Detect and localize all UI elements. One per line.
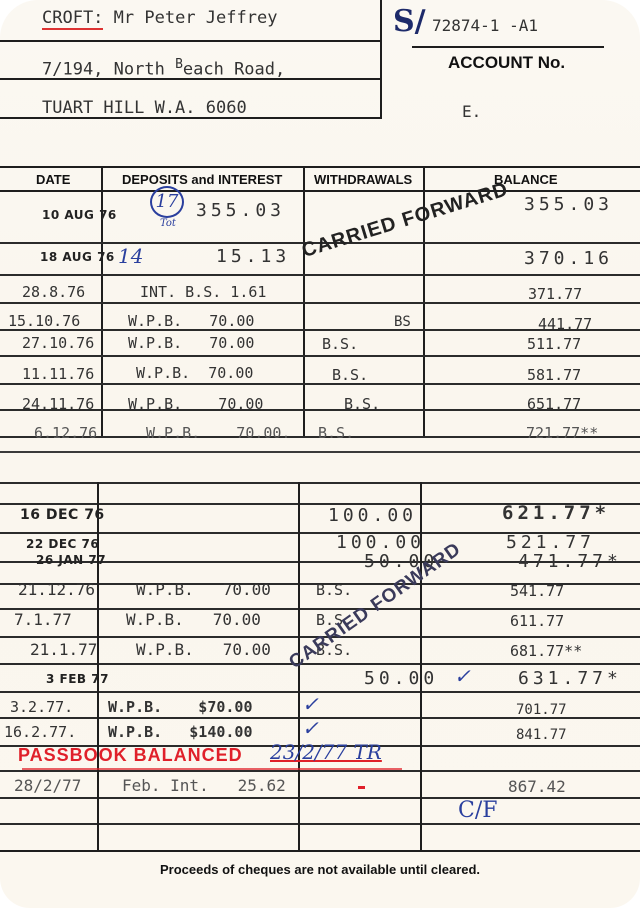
row-rule xyxy=(0,823,640,825)
row-date: 6.12.76 xyxy=(34,424,97,442)
row-deposit: 15.13 xyxy=(216,246,290,267)
check-mark-icon: ✓ xyxy=(302,716,319,740)
row-balance: 581.77 xyxy=(527,366,581,384)
row-date: 26 JAN 77 xyxy=(36,553,106,567)
column-rule xyxy=(101,166,103,436)
row-date: 18 AUG 76 xyxy=(40,250,115,264)
header-divider xyxy=(380,0,382,118)
row-balance: 441.77 xyxy=(538,315,592,333)
row-balance: 631.77* xyxy=(518,668,622,689)
handwritten-note: 17 xyxy=(150,186,184,218)
customer-name: CROFT: Mr Peter Jeffrey xyxy=(42,8,277,28)
row-date: 24.11.76 xyxy=(22,395,94,413)
row-balance: 651.77 xyxy=(527,395,581,413)
row-balance: 371.77 xyxy=(528,285,582,303)
account-label: ACCOUNT No. xyxy=(448,53,565,73)
carried-forward-note: C/F xyxy=(458,798,498,823)
column-header-withdrawals: WITHDRAWALS xyxy=(314,172,412,187)
row-date: 28/2/77 xyxy=(14,776,81,795)
column-header-date: DATE xyxy=(36,172,70,187)
row-deposit: W.P.B. 70.00 xyxy=(128,395,263,413)
address-street: 7/194, North xyxy=(42,60,175,80)
red-mark xyxy=(358,786,365,789)
row-date: 21.1.77 xyxy=(30,640,97,659)
row-date: 11.11.76 xyxy=(22,365,94,383)
row-rule xyxy=(0,770,640,772)
row-deposit: W.P.B. $140.00 xyxy=(108,723,253,741)
row-balance: 541.77 xyxy=(510,582,564,600)
row-rule xyxy=(0,797,640,799)
row-date: 10 AUG 76 xyxy=(42,208,117,222)
column-rule xyxy=(303,166,305,436)
row-deposit: W.P.B. 70.00 xyxy=(126,610,261,629)
handwritten-note: Tot xyxy=(160,218,176,229)
passbook-balanced-stamp: PASSBOOK BALANCED xyxy=(18,745,243,766)
row-deposit: 355.03 xyxy=(196,200,285,221)
row-rule xyxy=(0,691,640,693)
fold-rule xyxy=(0,451,640,453)
table-header-rule xyxy=(0,190,640,192)
row-rule xyxy=(0,482,640,484)
row-deposit: W.P.B. 70.00 xyxy=(136,580,271,599)
row-date: 7.1.77 xyxy=(14,610,72,629)
row-balance: 841.77 xyxy=(516,727,567,743)
row-balance: 370.16 xyxy=(524,248,613,269)
row-rule xyxy=(0,355,640,357)
row-balance: 701.77 xyxy=(516,702,567,718)
row-date: 3 FEB 77 xyxy=(46,672,109,686)
row-withdrawal: 100.00 xyxy=(336,532,425,553)
row-deposit: W.P.B. 70.00 xyxy=(128,334,254,352)
row-deposit: W.P.B. $70.00 xyxy=(108,698,253,716)
row-rule xyxy=(0,608,640,610)
row-balance: 521.77 xyxy=(506,532,595,553)
table-top-rule xyxy=(0,166,640,168)
address-line-2: TUART HILL W.A. 6060 xyxy=(42,98,247,118)
handwritten-note: 14 xyxy=(118,244,143,268)
branch-mark-icon: S/ xyxy=(393,4,426,39)
given-name: Mr Peter Jeffrey xyxy=(114,8,278,28)
row-date: 28.8.76 xyxy=(22,283,85,301)
row-balance: 471.77* xyxy=(518,551,622,572)
row-rule xyxy=(0,663,640,665)
column-header-deposits: DEPOSITS and INTEREST xyxy=(122,172,282,187)
row-deposit: INT. B.S. 1.61 xyxy=(140,283,266,301)
row-balance: 511.77 xyxy=(527,335,581,353)
row-deposit: W.P.B. 70.00 xyxy=(136,364,253,382)
account-number: 72874-1 -A1 xyxy=(432,16,538,35)
check-mark-icon: ✓ xyxy=(454,664,471,688)
row-deposit: W.P.B. 70.00. xyxy=(146,424,291,442)
table-bottom-rule xyxy=(0,850,640,852)
footer-notice: Proceeds of cheques are not available un… xyxy=(0,862,640,877)
row-date: 15.10.76 xyxy=(8,312,80,330)
check-mark-icon: ✓ xyxy=(302,692,319,716)
row-balance: 621.77* xyxy=(502,502,610,524)
row-date: 3.2.77. xyxy=(10,698,73,716)
passbook-page: CROFT: Mr Peter Jeffrey 7/194, North Bea… xyxy=(0,0,640,908)
row-balance: 611.77 xyxy=(510,612,564,630)
row-deposit: W.P.B. 70.00 xyxy=(128,312,254,330)
row-withdrawal: B.S. xyxy=(316,581,352,599)
row-deposit: Feb. Int. 25.62 xyxy=(122,776,286,795)
balanced-date-signature: 23/2/77 TR xyxy=(270,740,382,764)
row-date: 21.12.76 xyxy=(18,580,95,599)
account-rule xyxy=(412,46,604,48)
row-withdrawal: 50.00 xyxy=(364,668,438,689)
address-street-rest: each Road, xyxy=(183,60,285,80)
red-underline xyxy=(22,768,402,770)
footer-spacer xyxy=(0,832,640,834)
row-date: 16 DEC 76 xyxy=(20,507,105,523)
header-rule xyxy=(0,40,382,42)
address-line-1: 7/194, North Beach Road, xyxy=(42,57,285,80)
row-rule xyxy=(0,274,640,276)
row-balance: 867.42 xyxy=(508,777,566,796)
row-balance: 681.77** xyxy=(510,642,582,660)
row-withdrawal: B.S. xyxy=(318,424,354,442)
row-deposit: W.P.B. 70.00 xyxy=(136,640,271,659)
surname: CROFT: xyxy=(42,8,103,30)
row-withdrawal: BS xyxy=(394,314,411,330)
row-balance: 355.03 xyxy=(524,194,613,215)
row-withdrawal: 100.00 xyxy=(328,505,417,526)
address-correction: B xyxy=(175,57,183,72)
row-withdrawal: B.S. xyxy=(322,335,358,353)
row-balance: 721.77** xyxy=(526,424,598,442)
row-date: 27.10.76 xyxy=(22,334,94,352)
account-suffix: E. xyxy=(462,102,481,121)
row-withdrawal: B.S. xyxy=(332,366,368,384)
row-date: 16.2.77. xyxy=(4,723,76,741)
row-withdrawal: B.S. xyxy=(344,395,380,413)
row-date: 22 DEC 76 xyxy=(26,537,99,551)
